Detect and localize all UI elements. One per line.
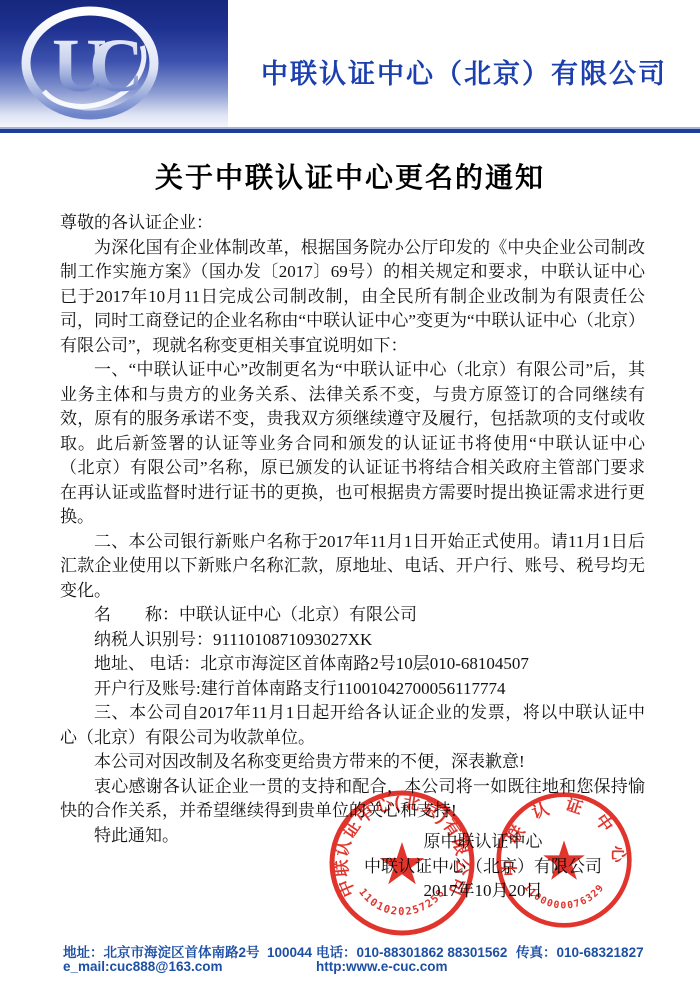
star-icon: ★ bbox=[540, 830, 589, 893]
footer-fax: 传真：010-68321827 bbox=[516, 941, 644, 961]
paragraph-item-2: 二、本公司银行新账户名称于2017年11月1日开始正式使用。请11月1日后汇款企… bbox=[60, 530, 645, 604]
bank-account-name-line: 名 称：中联认证中心（北京）有限公司 bbox=[60, 603, 645, 628]
logo-monogram: UC bbox=[52, 24, 139, 108]
header-divider bbox=[0, 129, 700, 133]
notice-body: 尊敬的各认证企业： 为深化国有企业体制改革，根据国务院办公厅印发的《中央企业公司… bbox=[60, 211, 645, 848]
footer-address: 地址：北京市海淀区首体南路2号 100044 bbox=[63, 941, 312, 961]
cuc-logo-icon: UC bbox=[12, 3, 172, 125]
address-phone-line: 地址、 电话：北京市海淀区首体南路2号10层010-68104507 bbox=[60, 652, 645, 677]
notice-title: 关于中联认证中心更名的通知 bbox=[0, 156, 700, 196]
paragraph-item-3: 三、本公司自2017年11月1日起开给各认证企业的发票，将以中联认证中心（北京）… bbox=[60, 701, 645, 750]
company-seal-old: 中联认证中心 1100000076329 ★ bbox=[494, 790, 634, 930]
star-icon: ★ bbox=[376, 830, 428, 898]
paragraph-apology: 本公司对因改制及名称变更给贵方带来的不便，深表歉意! bbox=[60, 750, 645, 775]
company-seal-new: 中联认证中心(北京)有限公司 1101020257258 ★ bbox=[327, 788, 477, 938]
footer-website: http:www.e-cuc.com bbox=[316, 959, 448, 974]
company-logo: UC bbox=[0, 0, 228, 128]
notice-document: UC 中联认证中心（北京）有限公司 关于中联认证中心更名的通知 尊敬的各认证企业… bbox=[0, 0, 700, 990]
bank-branch-account-line: 开户行及账号:建行首体南路支行11001042700056117774 bbox=[60, 677, 645, 702]
taxpayer-id-line: 纳税人识别号：9111010871093027XK bbox=[60, 628, 645, 653]
footer-phone: 电话：010-88301862 88301562 bbox=[316, 941, 507, 961]
paragraph-item-1: 一、“中联认证中心”改制更名为“中联认证中心（北京）有限公司”后，其业务主体和与… bbox=[60, 358, 645, 530]
company-name: 中联认证中心（北京）有限公司 bbox=[228, 52, 700, 91]
salutation: 尊敬的各认证企业： bbox=[60, 211, 645, 236]
paragraph-reform-intro: 为深化国有企业体制改革，根据国务院办公厅印发的《中央企业公司制改制工作实施方案》… bbox=[60, 236, 645, 359]
footer-email: e_mail:cuc888@163.com bbox=[63, 959, 223, 974]
